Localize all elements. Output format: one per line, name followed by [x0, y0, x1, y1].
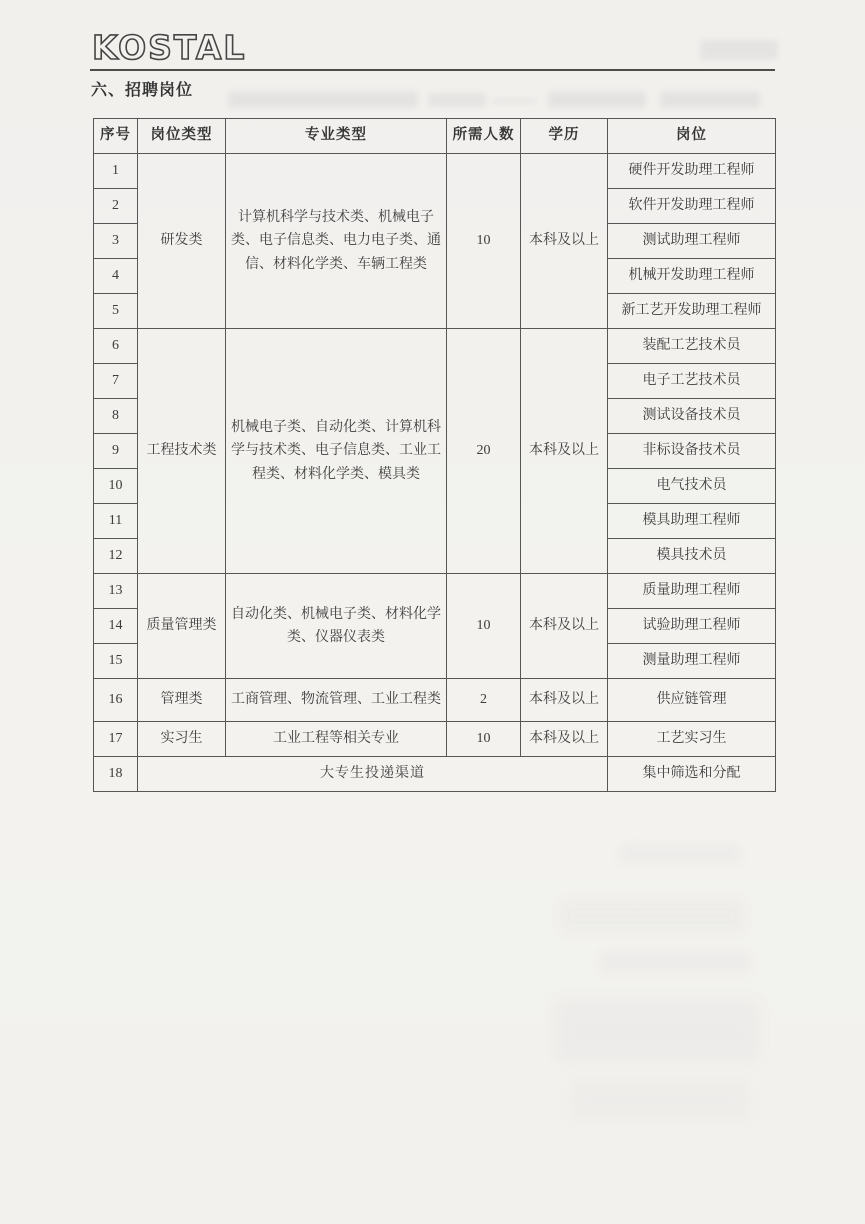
- scan-artifact: [548, 91, 646, 108]
- cell-seq: 14: [94, 609, 138, 644]
- cell-merged-label: 大专生投递渠道: [138, 757, 608, 792]
- cell-position: 硬件开发助理工程师: [608, 154, 776, 189]
- scan-artifact: [555, 1000, 760, 1062]
- cell-position-type: 工程技术类: [138, 329, 226, 574]
- cell-seq: 17: [94, 722, 138, 757]
- table-header-row: 序号 岗位类型 专业类型 所需人数 学历 岗位: [94, 119, 776, 154]
- table-row: 6工程技术类机械电子类、自动化类、计算机科学与技术类、电子信息类、工业工程类、材…: [94, 329, 776, 364]
- cell-education: 本科及以上: [521, 722, 608, 757]
- cell-position: 模具助理工程师: [608, 504, 776, 539]
- table-row: 17实习生工业工程等相关专业10本科及以上工艺实习生: [94, 722, 776, 757]
- cell-majors: 自动化类、机械电子类、材料化学类、仪器仪表类: [226, 574, 447, 679]
- cell-position-type: 管理类: [138, 679, 226, 722]
- kostal-logo-icon: KOSTAL: [90, 26, 260, 70]
- cell-education: 本科及以上: [521, 154, 608, 329]
- cell-position: 供应链管理: [608, 679, 776, 722]
- cell-seq: 18: [94, 757, 138, 792]
- section-title: 六、招聘岗位: [91, 77, 193, 100]
- cell-seq: 15: [94, 644, 138, 679]
- cell-headcount: 2: [447, 679, 521, 722]
- scan-artifact: [228, 91, 418, 108]
- header-position-type: 岗位类型: [138, 119, 226, 154]
- table-row: 18大专生投递渠道集中筛选和分配: [94, 757, 776, 792]
- scan-artifact: [428, 93, 486, 107]
- cell-seq: 8: [94, 399, 138, 434]
- cell-position: 试验助理工程师: [608, 609, 776, 644]
- cell-majors: 机械电子类、自动化类、计算机科学与技术类、电子信息类、工业工程类、材料化学类、模…: [226, 329, 447, 574]
- cell-headcount: 10: [447, 574, 521, 679]
- scan-artifact: [620, 845, 740, 863]
- cell-position: 集中筛选和分配: [608, 757, 776, 792]
- scan-artifact: [600, 952, 750, 972]
- cell-seq: 5: [94, 294, 138, 329]
- cell-majors: 计算机科学与技术类、机械电子类、电子信息类、电力电子类、通信、材料化学类、车辆工…: [226, 154, 447, 329]
- cell-seq: 16: [94, 679, 138, 722]
- cell-position: 模具技术员: [608, 539, 776, 574]
- cell-position: 测试设备技术员: [608, 399, 776, 434]
- cell-seq: 3: [94, 224, 138, 259]
- cell-majors: 工商管理、物流管理、工业工程类: [226, 679, 447, 722]
- header-major-type: 专业类型: [226, 119, 447, 154]
- cell-position-type: 质量管理类: [138, 574, 226, 679]
- cell-headcount: 10: [447, 154, 521, 329]
- recruitment-table: 序号 岗位类型 专业类型 所需人数 学历 岗位 1研发类计算机科学与技术类、机械…: [93, 118, 776, 792]
- kostal-logo: KOSTAL: [90, 26, 260, 75]
- cell-education: 本科及以上: [521, 329, 608, 574]
- cell-headcount: 20: [447, 329, 521, 574]
- cell-majors: 工业工程等相关专业: [226, 722, 447, 757]
- cell-seq: 1: [94, 154, 138, 189]
- cell-position: 机械开发助理工程师: [608, 259, 776, 294]
- cell-seq: 10: [94, 469, 138, 504]
- scan-artifact: [492, 99, 536, 103]
- header-education: 学历: [521, 119, 608, 154]
- cell-position-type: 实习生: [138, 722, 226, 757]
- scan-artifact: [700, 40, 778, 60]
- cell-seq: 6: [94, 329, 138, 364]
- cell-seq: 11: [94, 504, 138, 539]
- cell-headcount: 10: [447, 722, 521, 757]
- cell-position: 电子工艺技术员: [608, 364, 776, 399]
- cell-education: 本科及以上: [521, 574, 608, 679]
- scan-artifact: [560, 900, 745, 932]
- cell-position: 工艺实习生: [608, 722, 776, 757]
- header-divider: [90, 69, 775, 71]
- table-row: 1研发类计算机科学与技术类、机械电子类、电子信息类、电力电子类、通信、材料化学类…: [94, 154, 776, 189]
- table-row: 16管理类工商管理、物流管理、工业工程类2本科及以上供应链管理: [94, 679, 776, 722]
- document-page: KOSTAL 六、招聘岗位 序号 岗位类型 专业类型 所需人数 学历: [0, 0, 865, 1224]
- header-position: 岗位: [608, 119, 776, 154]
- cell-position: 新工艺开发助理工程师: [608, 294, 776, 329]
- cell-seq: 9: [94, 434, 138, 469]
- cell-seq: 13: [94, 574, 138, 609]
- cell-seq: 12: [94, 539, 138, 574]
- cell-position: 非标设备技术员: [608, 434, 776, 469]
- header-headcount: 所需人数: [447, 119, 521, 154]
- cell-seq: 2: [94, 189, 138, 224]
- kostal-logo-text: KOSTAL: [92, 28, 246, 67]
- cell-seq: 7: [94, 364, 138, 399]
- scan-artifact: [660, 91, 760, 108]
- cell-position: 电气技术员: [608, 469, 776, 504]
- cell-position: 装配工艺技术员: [608, 329, 776, 364]
- cell-education: 本科及以上: [521, 679, 608, 722]
- header-seq: 序号: [94, 119, 138, 154]
- table-row: 13质量管理类自动化类、机械电子类、材料化学类、仪器仪表类10本科及以上质量助理…: [94, 574, 776, 609]
- cell-position: 测试助理工程师: [608, 224, 776, 259]
- cell-position-type: 研发类: [138, 154, 226, 329]
- scan-artifact: [570, 1080, 750, 1120]
- cell-position: 质量助理工程师: [608, 574, 776, 609]
- cell-seq: 4: [94, 259, 138, 294]
- cell-position: 测量助理工程师: [608, 644, 776, 679]
- cell-position: 软件开发助理工程师: [608, 189, 776, 224]
